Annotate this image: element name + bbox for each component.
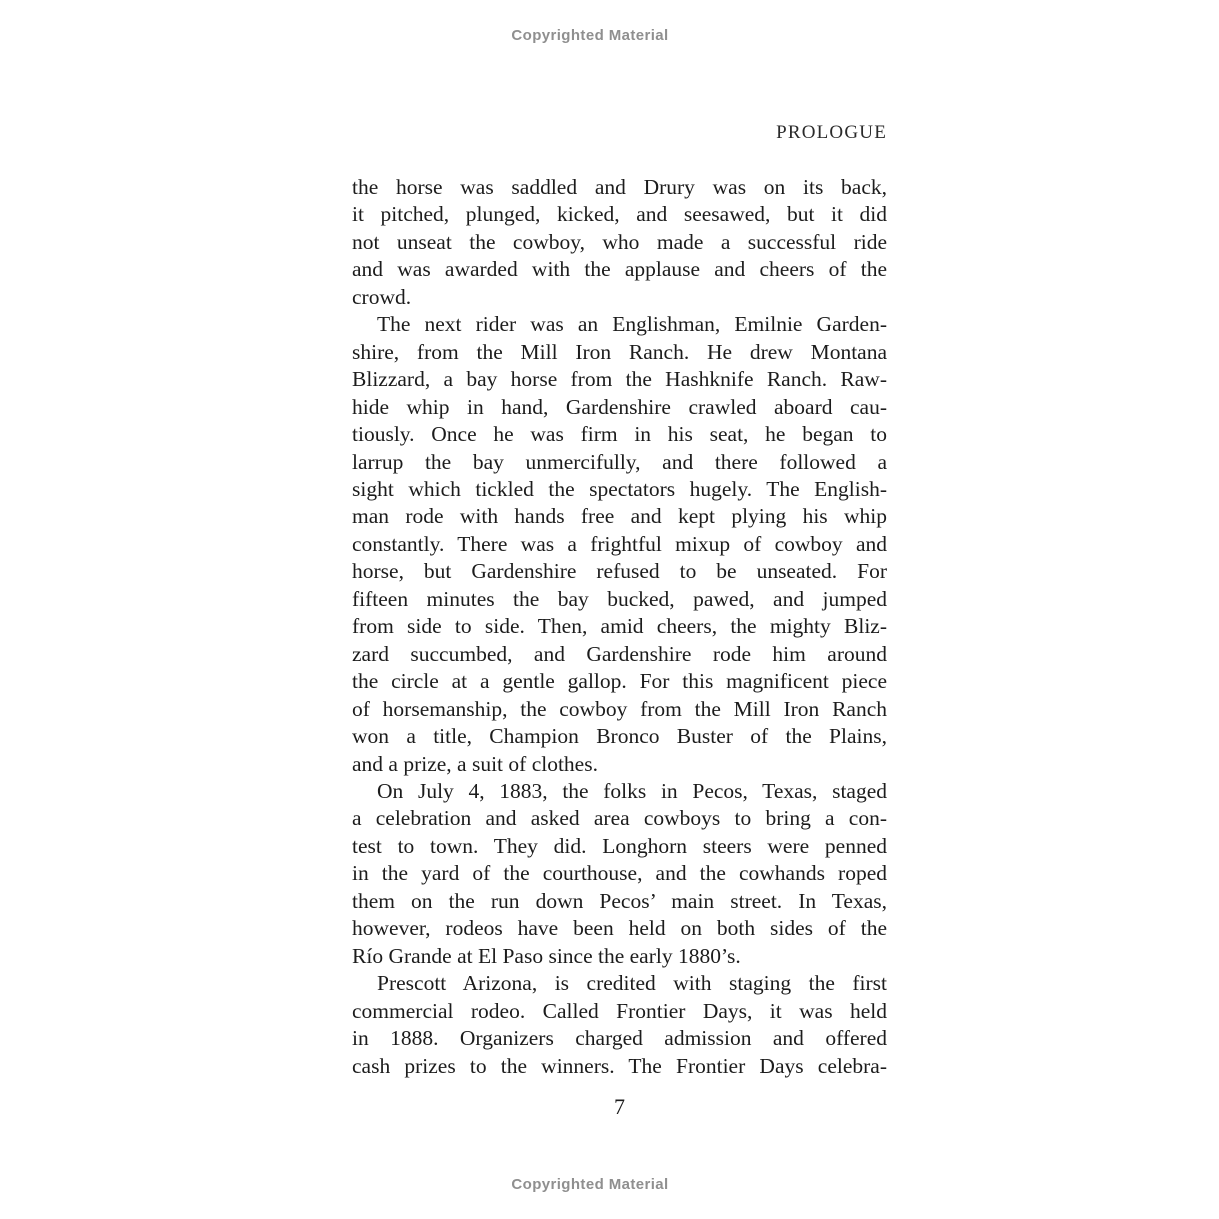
text-line: The next rider was an Englishman, Emilni…	[352, 311, 887, 338]
copyright-notice-top: Copyrighted Material	[0, 27, 1180, 44]
paragraph: The next rider was an Englishman, Emilni…	[352, 311, 887, 778]
text-line: test to town. They did. Longhorn steers …	[352, 833, 887, 860]
text-line: commercial rodeo. Called Frontier Days, …	[352, 998, 887, 1025]
text-line: crowd.	[352, 284, 887, 311]
text-line: sight which tickled the spectators hugel…	[352, 476, 887, 503]
text-line: from side to side. Then, amid cheers, th…	[352, 613, 887, 640]
text-line: in 1888. Organizers charged admission an…	[352, 1025, 887, 1052]
text-line: it pitched, plunged, kicked, and seesawe…	[352, 201, 887, 228]
text-line: Río Grande at El Paso since the early 18…	[352, 943, 887, 970]
paragraph: Prescott Arizona, is credited with stagi…	[352, 970, 887, 1080]
text-line: not unseat the cowboy, who made a succes…	[352, 229, 887, 256]
text-line: the horse was saddled and Drury was on i…	[352, 174, 887, 201]
text-line: man rode with hands free and kept plying…	[352, 503, 887, 530]
text-line: a celebration and asked area cowboys to …	[352, 805, 887, 832]
text-line: hide whip in hand, Gardenshire crawled a…	[352, 394, 887, 421]
text-line: of horsemanship, the cowboy from the Mil…	[352, 696, 887, 723]
text-line: Prescott Arizona, is credited with stagi…	[352, 970, 887, 997]
paragraph: On July 4, 1883, the folks in Pecos, Tex…	[352, 778, 887, 970]
text-line: cash prizes to the winners. The Frontier…	[352, 1053, 887, 1080]
paragraph: the horse was saddled and Drury was on i…	[352, 174, 887, 311]
text-line: shire, from the Mill Iron Ranch. He drew…	[352, 339, 887, 366]
text-line: and was awarded with the applause and ch…	[352, 256, 887, 283]
text-line: the circle at a gentle gallop. For this …	[352, 668, 887, 695]
running-header-prologue: PROLOGUE	[352, 122, 887, 144]
text-line: constantly. There was a frightful mixup …	[352, 531, 887, 558]
text-line: horse, but Gardenshire refused to be uns…	[352, 558, 887, 585]
text-block: the horse was saddled and Drury was on i…	[352, 174, 887, 1080]
text-line: On July 4, 1883, the folks in Pecos, Tex…	[352, 778, 887, 805]
text-line: larrup the bay unmercifully, and there f…	[352, 449, 887, 476]
text-line: and a prize, a suit of clothes.	[352, 751, 887, 778]
text-line: however, rodeos have been held on both s…	[352, 915, 887, 942]
text-line: zard succumbed, and Gardenshire rode him…	[352, 641, 887, 668]
page-number: 7	[352, 1094, 887, 1120]
text-line: them on the run down Pecos’ main street.…	[352, 888, 887, 915]
text-line: fifteen minutes the bay bucked, pawed, a…	[352, 586, 887, 613]
text-line: in the yard of the courthouse, and the c…	[352, 860, 887, 887]
text-line: Blizzard, a bay horse from the Hashknife…	[352, 366, 887, 393]
text-line: tiously. Once he was firm in his seat, h…	[352, 421, 887, 448]
text-line: won a title, Champion Bronco Buster of t…	[352, 723, 887, 750]
copyright-notice-bottom: Copyrighted Material	[0, 1176, 1180, 1193]
